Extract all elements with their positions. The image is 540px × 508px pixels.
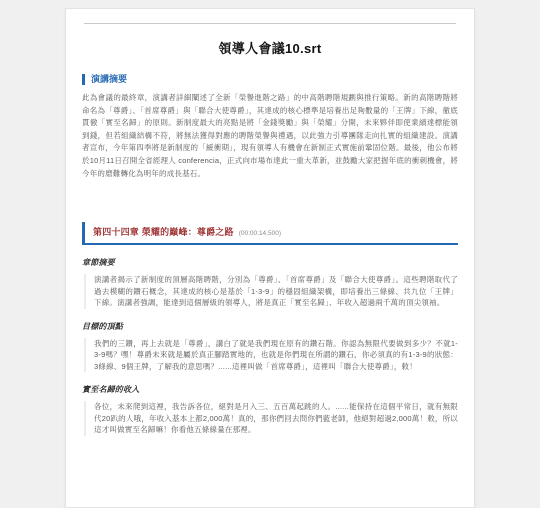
chapter-section-body: 我們的三鑽，再上去就是「尊爵」，講白了就是我們現在原有的鑽石階。你認為無限代要做… [84,338,458,373]
chapter-section-body: 各位，未來爬到這裡，我告訴各位，絕對是月入三、五百萬起跳的人。......能保持… [84,401,458,405]
document-card: 領導人會議10.srt 演講摘要 此為會議的最終章，演講者詳細闡述了全新「榮譽進… [65,8,475,405]
page-title: 領導人會議10.srt [82,38,458,57]
speech-summary-heading: 演講摘要 [82,74,458,85]
chapter-section-heading: 實至名歸的收入 [82,384,458,395]
speech-summary-body: 此為會議的最終章，演講者詳細闡述了全新「榮譽進階之路」的中高階聘階規劃與推行策略… [82,92,458,180]
chapter-title: 第四十四章 榮耀的巔峰：尊爵之路 [93,225,234,238]
chapter-section-heading: 章節摘要 [82,257,458,268]
chapter-section-heading: 目標的頂點 [82,321,458,332]
chapter-section-body: 演講者揭示了新制度的頂層高階聘階，分別為「尊爵」、「首席尊爵」及「聯合大使尊爵」… [84,274,458,309]
chapter-header: 第四十四章 榮耀的巔峰：尊爵之路 (00:00:14,500) [82,222,458,245]
chapter-timestamp: (00:00:14,500) [239,230,281,237]
top-divider [84,23,456,24]
